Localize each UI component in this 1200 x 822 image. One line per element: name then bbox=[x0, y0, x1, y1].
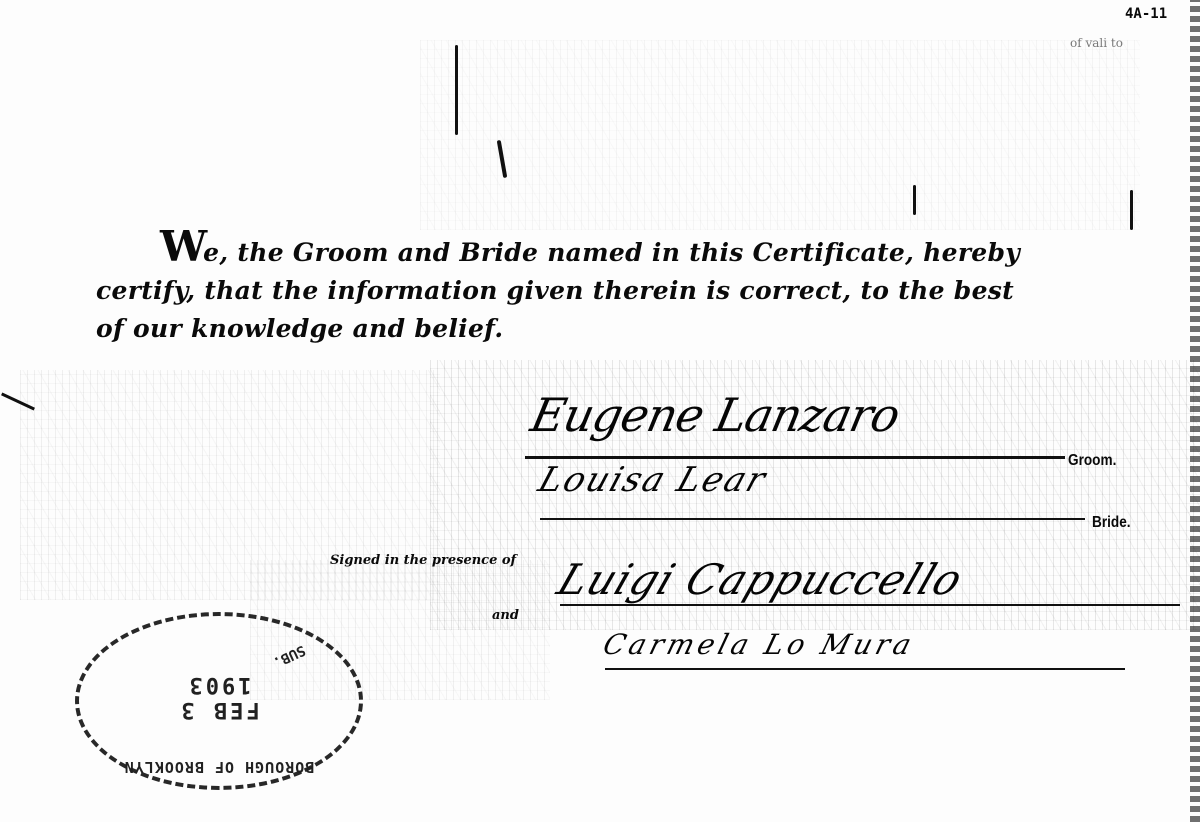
page-edge bbox=[1190, 0, 1200, 822]
certificate-page: 4A-11 of vali to We, the Groom and Bride… bbox=[0, 0, 1200, 822]
witness2-signature-line bbox=[605, 668, 1125, 670]
declaration-line-2: certify, that the information given ther… bbox=[96, 272, 1156, 310]
scan-artifact bbox=[497, 140, 508, 178]
stamp-ring-text: BOROUGH OF BROOKLYN bbox=[119, 758, 319, 776]
dropcap-letter: W bbox=[160, 222, 203, 271]
scan-artifact bbox=[913, 185, 916, 215]
brooklyn-borough-stamp: BOROUGH OF BROOKLYN FEB 3 1903 SUB. bbox=[75, 612, 363, 790]
stamp-date: FEB 3 1903 bbox=[139, 672, 299, 722]
document-code: 4A-11 bbox=[1125, 6, 1167, 22]
scan-artifact bbox=[1130, 190, 1133, 230]
declaration-line-1: We, the Groom and Bride named in this Ce… bbox=[96, 228, 1156, 272]
faint-header-text: of vali to bbox=[1070, 36, 1123, 50]
scan-artifact bbox=[455, 45, 458, 135]
margin-mark bbox=[1, 393, 35, 411]
groom-label: Groom. bbox=[1068, 452, 1116, 470]
witness1-signature: Luigi Cappuccello bbox=[551, 555, 970, 604]
declaration-line-3: of our knowledge and belief. bbox=[96, 310, 1156, 348]
scan-noise bbox=[420, 40, 1140, 230]
witness-intro-label: Signed in the presence of bbox=[330, 553, 516, 568]
bride-signature: Louisa Lear bbox=[534, 460, 773, 500]
witness2-signature: Carmela Lo Mura bbox=[600, 628, 919, 661]
groom-signature-line bbox=[525, 456, 1065, 459]
declaration-text: We, the Groom and Bride named in this Ce… bbox=[96, 228, 1156, 348]
groom-signature: Eugene Lanzaro bbox=[526, 388, 904, 442]
bride-signature-line bbox=[540, 518, 1085, 520]
witness1-signature-line bbox=[560, 604, 1180, 606]
witness-connector-label: and bbox=[492, 608, 519, 623]
bride-label: Bride. bbox=[1092, 514, 1131, 532]
